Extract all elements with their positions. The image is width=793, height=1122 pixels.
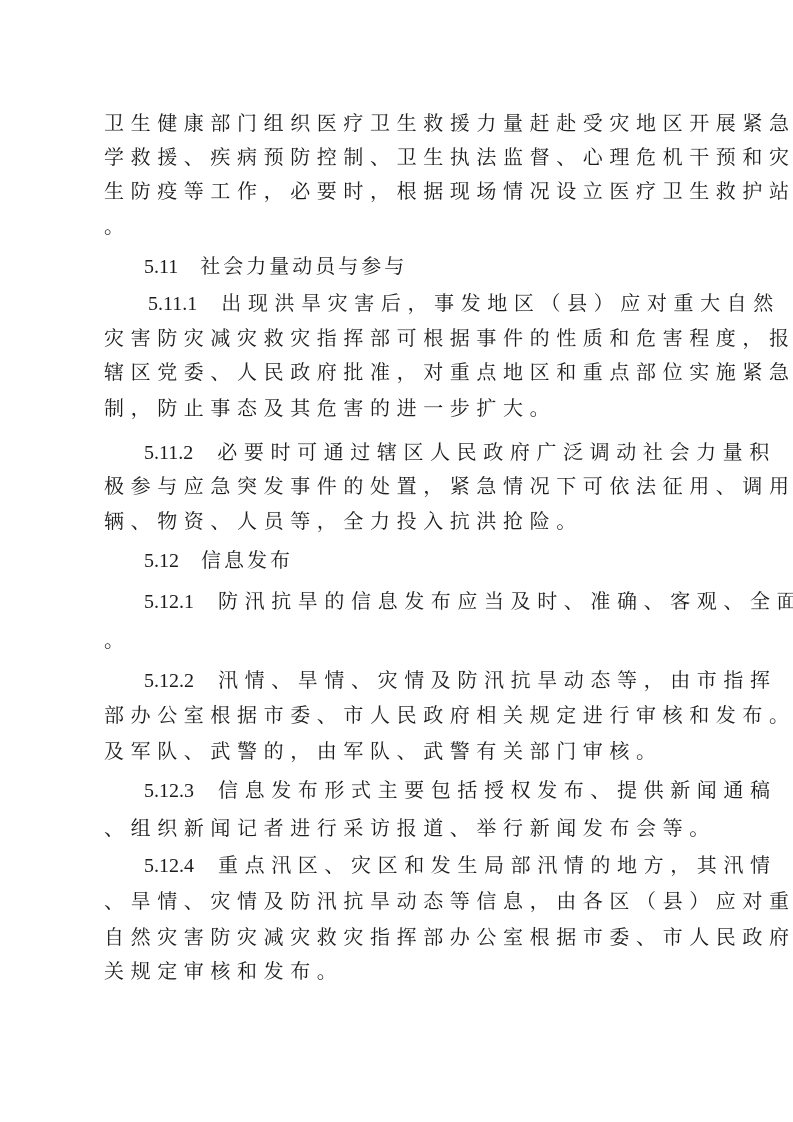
section-heading-5-12: 5.12信息发布 (144, 548, 293, 573)
paragraph-line: 辖区党委、人民政府批准，对重点地区和重点部位实施紧急控 (104, 360, 793, 384)
paragraph-line: 。 (104, 628, 131, 652)
paragraph-line: 、组织新闻记者进行采访报道、举行新闻发布会等。 (104, 816, 716, 840)
paragraph-line: 部办公室根据市委、市人民政府相关规定进行审核和发布。涉 (104, 703, 793, 727)
paragraph-line: 生防疫等工作，必要时，根据现场情况设立医疗卫生救护站（所） (104, 179, 793, 203)
paragraph-line: 极参与应急突发事件的处置，紧急情况下可依法征用、调用车 (104, 474, 793, 498)
clause-number: 5.12.4 (144, 854, 194, 878)
clause-number: 5.12.3 (144, 779, 194, 803)
section-title: 信息发布 (201, 548, 293, 572)
section-heading-5-11: 5.11社会力量动员与参与 (144, 254, 407, 279)
paragraph-line: 、旱情、灾情及防汛抗旱动态等信息，由各区（县）应对重大 (104, 889, 793, 913)
paragraph-line: 灾害防灾减灾救灾指挥部可根据事件的性质和危害程度，报经 (104, 326, 793, 350)
paragraph-line: 自然灾害防灾减灾救灾指挥部办公室根据市委、市人民政府相 (104, 925, 793, 949)
clause-5-12-3-first-line: 5.12.3信息发布形式主要包括授权发布、提供新闻通稿 (144, 778, 777, 803)
paragraph-line: 制，防止事态及其危害的进一步扩大。 (104, 396, 556, 420)
section-number: 5.11 (144, 255, 178, 279)
paragraph-line: 关规定审核和发布。 (104, 959, 343, 983)
section-title: 社会力量动员与参与 (200, 254, 407, 278)
clause-5-11-2-first-line: 5.11.2必要时可通过辖区人民政府广泛调动社会力量积 (144, 440, 776, 465)
clause-5-12-4-first-line: 5.12.4重点汛区、灾区和发生局部汛情的地方，其汛情 (144, 853, 777, 878)
document-page: 卫生健康部门组织医疗卫生救援力量赶赴受灾地区开展紧急医 学救援、疾病预防控制、卫… (0, 0, 793, 1122)
clause-5-12-1-first-line: 5.12.1防汛抗旱的信息发布应当及时、准确、客观、全面 (144, 589, 793, 614)
paragraph-line: 卫生健康部门组织医疗卫生救援力量赶赴受灾地区开展紧急医 (104, 111, 793, 135)
paragraph-line: 辆、物资、人员等，全力投入抗洪抢险。 (104, 509, 583, 533)
clause-number: 5.12.2 (144, 669, 194, 693)
clause-5-11-1-first-line: 5.11.1出现洪旱灾害后，事发地区（县）应对重大自然 (148, 291, 780, 316)
paragraph-line: 学救援、疾病预防控制、卫生执法监督、心理危机干预和灾后卫 (104, 145, 793, 169)
clause-5-12-2-first-line: 5.12.2汛情、旱情、灾情及防汛抗旱动态等，由市指挥 (144, 668, 777, 693)
clause-number: 5.11.1 (148, 292, 197, 316)
paragraph-line: 。 (104, 214, 131, 238)
clause-number: 5.11.2 (144, 441, 193, 465)
clause-number: 5.12.1 (144, 590, 194, 614)
section-number: 5.12 (144, 549, 179, 573)
paragraph-line: 及军队、武警的，由军队、武警有关部门审核。 (104, 739, 663, 763)
